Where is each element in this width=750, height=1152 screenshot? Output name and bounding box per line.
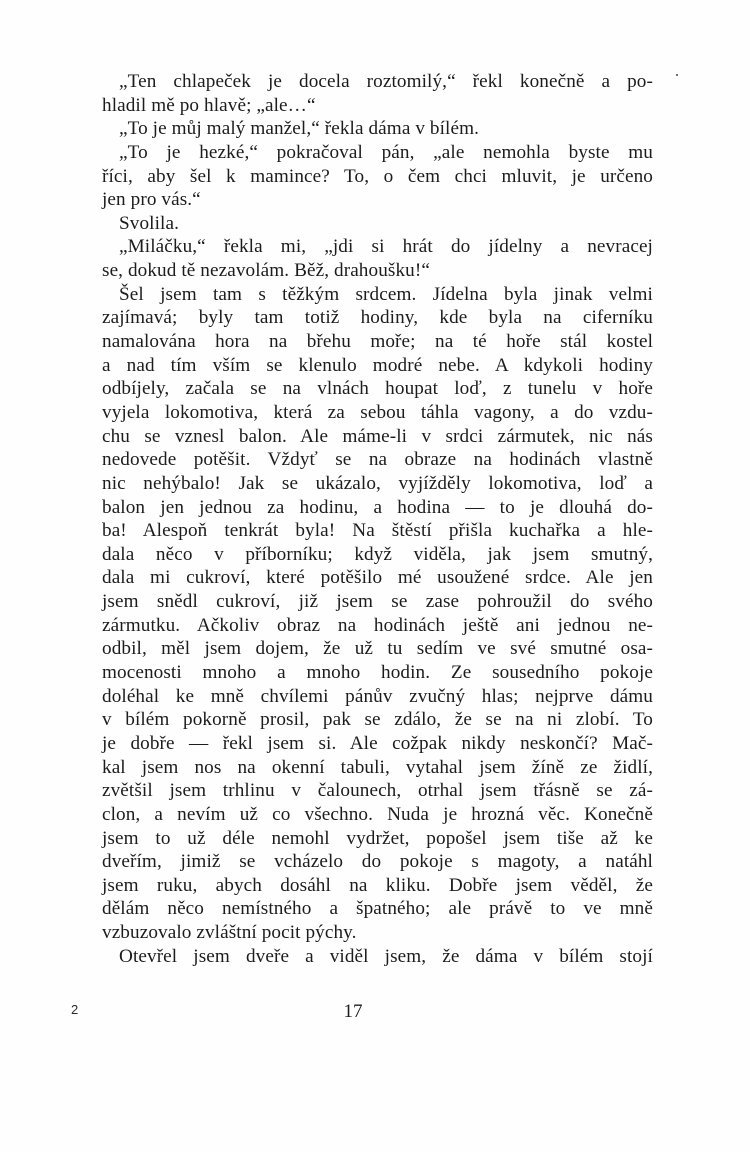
text-line: nedovede potěšit. Vždyť se na obraze na … [102, 448, 653, 472]
text-line: chu se vznesl balon. Ale máme-li v srdci… [102, 425, 653, 449]
text-line: Svolila. [102, 212, 653, 236]
page-number: 17 [338, 1000, 368, 1024]
text-line: dělám něco nemístného a špatného; ale pr… [102, 897, 653, 921]
text-line: se, dokud tě nezavolám. Běž, drahoušku!“ [102, 259, 653, 283]
text-line: ba! Alespoň tenkrát byla! Na štěstí přiš… [102, 519, 653, 543]
text-line: jsem to už déle nemohl vydržet, popošel … [102, 827, 653, 851]
text-line: je dobře — řekl jsem si. Ale cožpak nikd… [102, 732, 653, 756]
text-line: dala mi cukroví, které potěšilo mé usouž… [102, 566, 653, 590]
text-line: odbíjely, začala se na vlnách houpat loď… [102, 377, 653, 401]
text-line: zajímavá; byly tam totiž hodiny, kde byl… [102, 306, 653, 330]
text-line: vyjela lokomotiva, která za sebou táhla … [102, 401, 653, 425]
text-line: „To je hezké,“ pokračoval pán, „ale nemo… [102, 141, 653, 165]
text-line: clon, a nevím už co všechno. Nuda je hro… [102, 803, 653, 827]
text-line: jsem ruku, abych dosáhl na kliku. Dobře … [102, 874, 653, 898]
text-line: odbil, měl jsem dojem, že už tu sedím ve… [102, 637, 653, 661]
text-line: jen pro vás.“ [102, 188, 653, 212]
text-line: „Miláčku,“ řekla mi, „jdi si hrát do jíd… [102, 235, 653, 259]
text-line: balon jen jednou za hodinu, a hodina — t… [102, 496, 653, 520]
book-page: „Ten chlapeček je docela roztomilý,“ řek… [0, 0, 750, 1152]
text-line: „To je můj malý manžel,“ řekla dáma v bí… [102, 117, 653, 141]
text-line: zármutku. Ačkoliv obraz na hodinách ješt… [102, 614, 653, 638]
text-line: dveřím, jimiž se vcházelo do pokoje s ma… [102, 850, 653, 874]
text-line: v bílém pokorně prosil, pak se zdálo, že… [102, 708, 653, 732]
text-line: kal jsem nos na okenní tabuli, vytahal j… [102, 756, 653, 780]
text-line: Otevřel jsem dveře a viděl jsem, že dáma… [102, 945, 653, 969]
text-line: zvětšil jsem trhlinu v čalounech, otrhal… [102, 779, 653, 803]
text-line: hladil mě po hlavě; „ale…“ [102, 94, 653, 118]
scan-speck [676, 74, 678, 76]
text-line: dala něco v příborníku; když viděla, jak… [102, 543, 653, 567]
text-line: a nad tím vším se klenulo modré nebe. A … [102, 354, 653, 378]
text-line: „Ten chlapeček je docela roztomilý,“ řek… [102, 70, 653, 94]
text-line: mocenosti mnoho a mnoho hodin. Ze soused… [102, 661, 653, 685]
text-line: vzbuzovalo zvláštní pocit pýchy. [102, 921, 653, 945]
body-text: „Ten chlapeček je docela roztomilý,“ řek… [102, 70, 653, 968]
text-line: Šel jsem tam s těžkým srdcem. Jídelna by… [102, 283, 653, 307]
text-line: jsem snědl cukroví, již jsem se zase poh… [102, 590, 653, 614]
signature-mark: 2 [71, 1002, 78, 1018]
text-line: doléhal ke mně chvílemi pánův zvučný hla… [102, 685, 653, 709]
text-line: říci, aby šel k mamince? To, o čem chci … [102, 165, 653, 189]
text-line: namalována hora na břehu moře; na té hoř… [102, 330, 653, 354]
text-line: nic nehýbalo! Jak se ukázalo, vyjížděly … [102, 472, 653, 496]
